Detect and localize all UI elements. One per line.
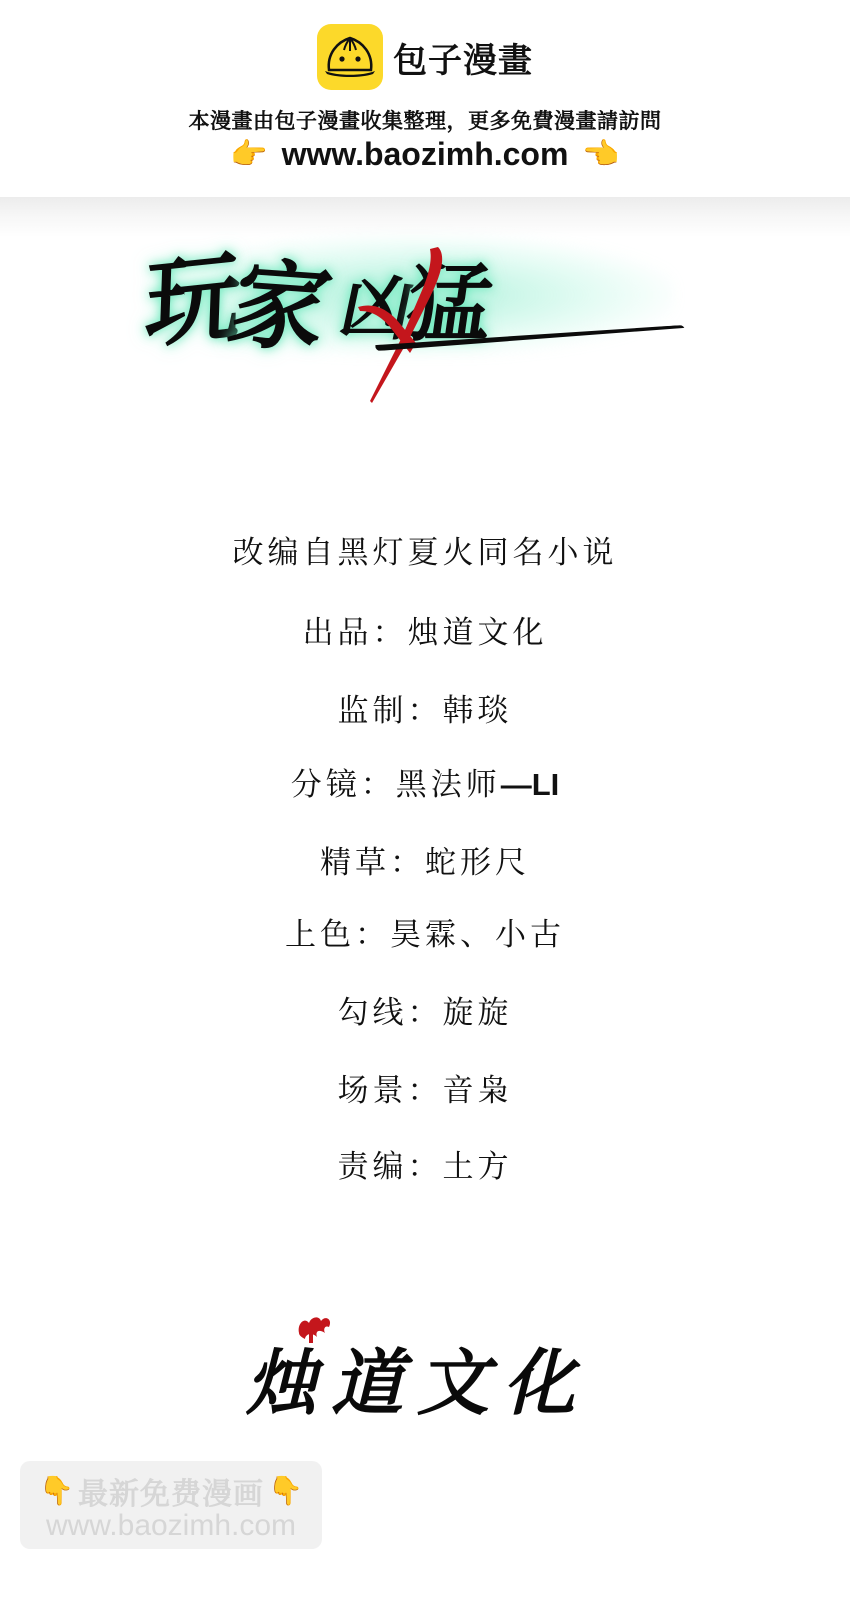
studio-logo: 烛 道 文 化 (245, 1315, 575, 1415)
credit-name: 韩琰 (443, 693, 513, 729)
app-name: 包子漫畫 (393, 33, 533, 82)
credit-coloring: 上色昊霖、小古 (0, 909, 850, 954)
credit-name: 昊霖、小古 (390, 917, 565, 953)
source-banner: 包子漫畫 本漫畫由包子漫畫收集整理，更多免費漫畫請訪問 👉 www.baozim… (0, 0, 850, 197)
steamed-bun-icon (317, 24, 383, 90)
studio-char: 文 (417, 1325, 489, 1429)
studio-chars: 烛 道 文 化 (245, 1325, 575, 1429)
credit-editor: 责编土方 (0, 1141, 850, 1186)
credit-role: 精草 (320, 845, 425, 881)
credit-name: 音枭 (443, 1073, 513, 1109)
credit-role: 上色 (285, 917, 390, 953)
credit-name: 蛇形尺 (425, 845, 530, 881)
studio-char: 道 (331, 1325, 403, 1429)
credit-name: 黑法师 (396, 767, 501, 803)
credit-supervisor: 监制韩琰 (0, 685, 850, 730)
pointing-left-icon: 👈 (582, 140, 619, 170)
collection-notice: 本漫畫由包子漫畫收集整理，更多免費漫畫請訪問 (0, 105, 850, 135)
credit-role: 责编 (338, 1149, 443, 1185)
site-watermark[interactable]: 👇 最新免费漫画 👇 www.baozimh.com (20, 1461, 322, 1549)
watermark-text: 最新免费漫画 (78, 1469, 264, 1513)
credit-storyboard: 分镜黑法师—LI (0, 759, 850, 804)
credit-name: 烛道文化 (408, 615, 548, 651)
credit-name: 旋旋 (443, 995, 513, 1031)
comic-title-logo: 玩 家 凶 猛 (145, 205, 690, 405)
credit-scenery: 场景音枭 (0, 1065, 850, 1110)
credit-name-suffix: —LI (501, 767, 560, 802)
studio-char: 化 (503, 1325, 575, 1429)
pointing-down-icon: 👇 (39, 1477, 74, 1505)
credit-producer: 出品烛道文化 (0, 607, 850, 652)
site-url-link[interactable]: www.baozimh.com (282, 136, 569, 173)
site-url-row: 👉 www.baozimh.com 👈 (0, 136, 850, 173)
credit-role: 勾线 (338, 995, 443, 1031)
credit-role: 出品 (303, 615, 408, 651)
pointing-down-icon: 👇 (268, 1477, 303, 1505)
credit-role: 监制 (338, 693, 443, 729)
watermark-headline: 👇 最新免费漫画 👇 (20, 1469, 322, 1513)
brand: 包子漫畫 (0, 24, 850, 90)
watermark-url: www.baozimh.com (20, 1509, 322, 1543)
pointing-right-icon: 👉 (230, 140, 267, 170)
credit-line-art: 勾线旋旋 (0, 987, 850, 1032)
credit-role: 分镜 (291, 767, 396, 803)
credit-source-novel: 改编自黑灯夏火同名小说 (0, 527, 850, 572)
comic-page: 玩 家 凶 猛 改编自黑灯夏火同名小说 出品烛道文化 监制韩琰 分镜黑法师—LI… (0, 197, 850, 1611)
credit-name: 土方 (443, 1149, 513, 1185)
red-x-slash-icon (350, 245, 460, 405)
credit-role: 场景 (338, 1073, 443, 1109)
studio-char: 烛 (245, 1325, 317, 1429)
credit-rough-draft: 精草蛇形尺 (0, 837, 850, 882)
